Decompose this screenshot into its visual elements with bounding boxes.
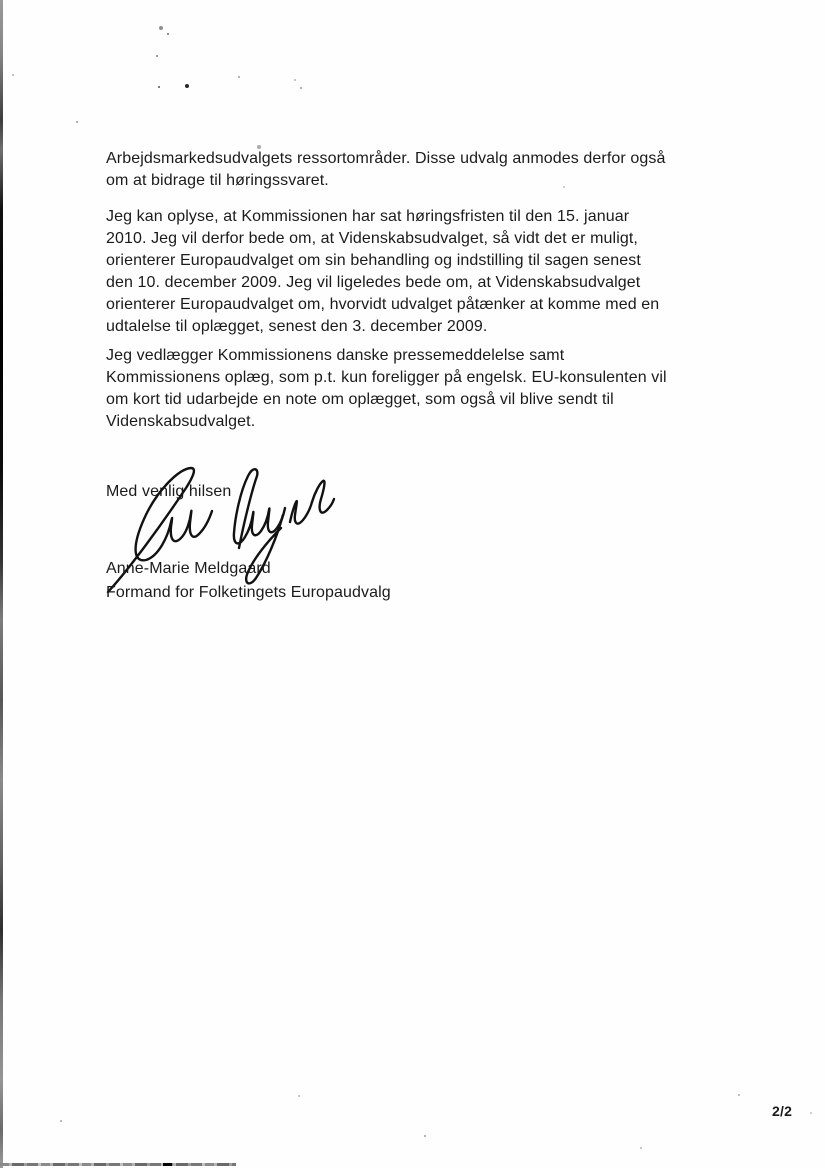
paragraph-2: Jeg kan oplyse, at Kommissionen har sat …	[106, 206, 659, 338]
signer-title: Formand for Folketingets Europaudvalg	[106, 581, 391, 605]
signer-name: Anne-Marie Meldgaard	[106, 557, 391, 581]
paragraph-2-line: orienterer Europaudvalget om sin behandl…	[106, 250, 659, 272]
paragraph-2-line: orienterer Europaudvalget om, hvorvidt u…	[106, 294, 659, 316]
paragraph-1-line: Arbejdsmarkedsudvalgets ressortområder. …	[106, 148, 665, 170]
page-number: 2/2	[772, 1103, 792, 1119]
paragraph-2-line: Jeg kan oplyse, at Kommissionen har sat …	[106, 206, 659, 228]
signature-block: Anne-Marie Meldgaard Formand for Folketi…	[106, 557, 391, 605]
paragraph-2-line: den 10. december 2009. Jeg vil ligeledes…	[106, 272, 659, 294]
paragraph-1-line: om at bidrage til høringssvaret.	[106, 170, 665, 192]
paragraph-2-line: 2010. Jeg vil derfor bede om, at Vidensk…	[106, 228, 659, 250]
paragraph-2-line: udtalelse til oplægget, senest den 3. de…	[106, 316, 659, 338]
paragraph-3-line: Kommissionens oplæg, som p.t. kun foreli…	[106, 367, 667, 389]
paragraph-3: Jeg vedlægger Kommissionens danske press…	[106, 345, 667, 433]
scanned-letter-page: Arbejdsmarkedsudvalgets ressortområder. …	[0, 0, 825, 1168]
paragraph-3-line: Videnskabsudvalget.	[106, 411, 667, 433]
scan-artifact-left-edge	[0, 0, 3, 1168]
paragraph-1: Arbejdsmarkedsudvalgets ressortområder. …	[106, 148, 665, 192]
scan-noise-speckles	[0, 0, 2, 2]
scan-artifact-bottom-line	[0, 1163, 236, 1166]
paragraph-3-line: om kort tid udarbejde en note om oplægge…	[106, 389, 667, 411]
paragraph-3-line: Jeg vedlægger Kommissionens danske press…	[106, 345, 667, 367]
